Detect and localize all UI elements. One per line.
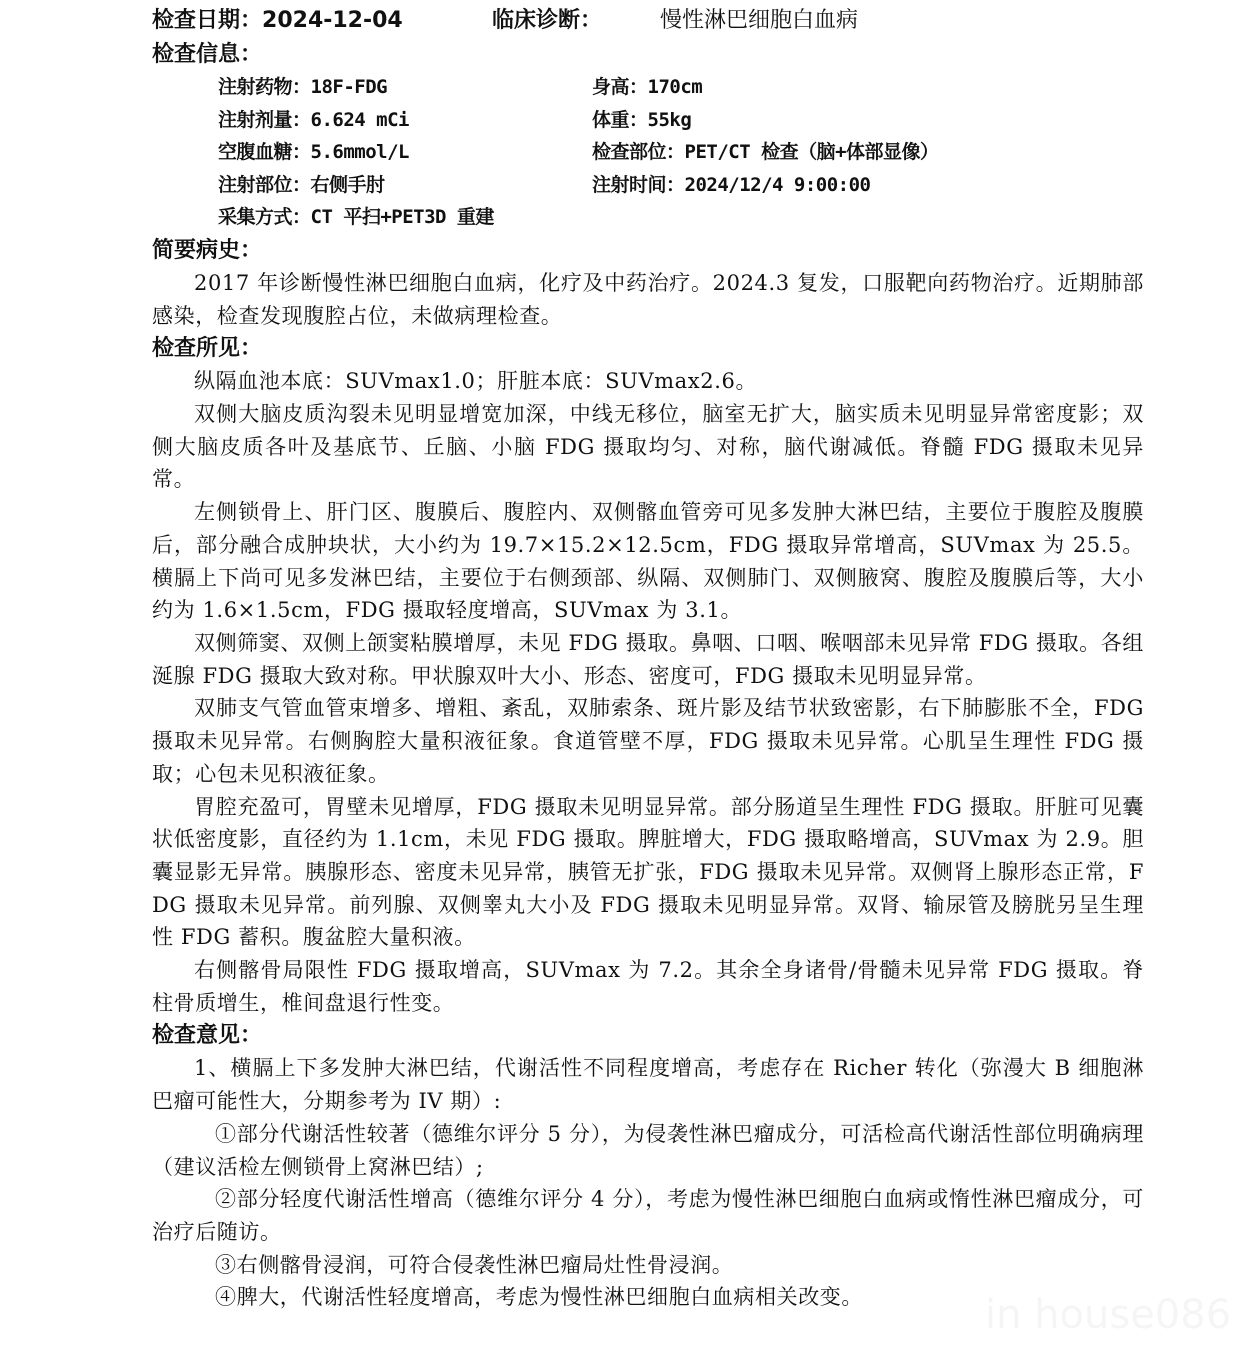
exam-info-grid: 注射药物：18F-FDG 身高：170cm 注射剂量：6.624 mCi 体重：… [152, 71, 1144, 234]
diagnosis-label: 临床诊断： [492, 4, 660, 38]
info-row: 空腹血糖：5.6mmol/L 检查部位：PET/CT 检查（脑+体部显像） [218, 136, 1144, 169]
report-page: 检查日期：2024-12-04 临床诊断： 慢性淋巴细胞白血病 检查信息： 注射… [152, 4, 1144, 1314]
info-acquisition-method: 采集方式：CT 平扫+PET3D 重建 [218, 201, 592, 234]
exam-date-value: 2024-12-04 [262, 8, 403, 33]
opinion-item: ②部分轻度代谢活性增高（德维尔评分 4 分），考虑为慢性淋巴细胞白血病或惰性淋巴… [152, 1183, 1144, 1248]
info-injected-dose: 注射剂量：6.624 mCi [218, 104, 592, 137]
info-weight: 体重：55kg [592, 104, 691, 137]
info-fasting-glucose: 空腹血糖：5.6mmol/L [218, 136, 592, 169]
info-row: 注射剂量：6.624 mCi 体重：55kg [218, 104, 1144, 137]
findings-paragraph-lymph-nodes: 左侧锁骨上、肝门区、腹膜后、腹腔内、双侧髂血管旁可见多发肿大淋巴结，主要位于腹腔… [152, 496, 1144, 627]
findings-paragraph-bone: 右侧髂骨局限性 FDG 摄取增高，SUVmax 为 7.2。其余全身诸骨/骨髓未… [152, 954, 1144, 1019]
info-injection-time: 注射时间：2024/12/4 9:00:00 [592, 169, 870, 202]
findings-paragraph-head-neck: 双侧筛窦、双侧上颌窦粘膜增厚，未见 FDG 摄取。鼻咽、口咽、喉咽部未见异常 F… [152, 627, 1144, 692]
info-row: 注射部位：右侧手肘 注射时间：2024/12/4 9:00:00 [218, 169, 1144, 202]
exam-date: 检查日期：2024-12-04 [152, 4, 492, 38]
findings-paragraph-chest: 双肺支气管血管束增多、增粗、紊乱，双肺索条、斑片影及结节状致密影，右下肺膨胀不全… [152, 692, 1144, 790]
info-row: 采集方式：CT 平扫+PET3D 重建 [218, 201, 1144, 234]
info-exam-site: 检查部位：PET/CT 检查（脑+体部显像） [592, 136, 939, 169]
opinion-title: 检查意见： [152, 1019, 1144, 1052]
info-height: 身高：170cm [592, 71, 702, 104]
opinion-item: ①部分代谢活性较著（德维尔评分 5 分），为侵袭性淋巴瘤成分，可活检高代谢活性部… [152, 1118, 1144, 1183]
findings-paragraph-baseline: 纵隔血池本底：SUVmax1.0；肝脏本底：SUVmax2.6。 [152, 365, 1144, 398]
report-header: 检查日期：2024-12-04 临床诊断： 慢性淋巴细胞白血病 [152, 4, 1144, 38]
findings-paragraph-abdomen: 胃腔充盈可，胃壁未见增厚，FDG 摄取未见明显异常。部分肠道呈生理性 FDG 摄… [152, 791, 1144, 955]
diagnosis-value: 慢性淋巴细胞白血病 [660, 4, 858, 38]
opinion-main: 1、横膈上下多发肿大淋巴结，代谢活性不同程度增高，考虑存在 Richer 转化（… [152, 1052, 1144, 1117]
findings-paragraph-brain: 双侧大脑皮质沟裂未见明显增宽加深，中线无移位，脑室无扩大，脑实质未见明显异常密度… [152, 398, 1144, 496]
opinion-item: ④脾大，代谢活性轻度增高，考虑为慢性淋巴细胞白血病相关改变。 [152, 1281, 1144, 1314]
exam-date-label: 检查日期： [152, 8, 262, 33]
opinion-item: ③右侧髂骨浸润，可符合侵袭性淋巴瘤局灶性骨浸润。 [152, 1249, 1144, 1282]
history-paragraph: 2017 年诊断慢性淋巴细胞白血病，化疗及中药治疗。2024.3 复发，口服靶向… [152, 267, 1144, 332]
findings-title: 检查所见： [152, 332, 1144, 365]
info-row: 注射药物：18F-FDG 身高：170cm [218, 71, 1144, 104]
history-title: 简要病史： [152, 234, 1144, 267]
info-injected-drug: 注射药物：18F-FDG [218, 71, 592, 104]
info-injection-site: 注射部位：右侧手肘 [218, 169, 592, 202]
exam-info-title: 检查信息： [152, 38, 1144, 71]
